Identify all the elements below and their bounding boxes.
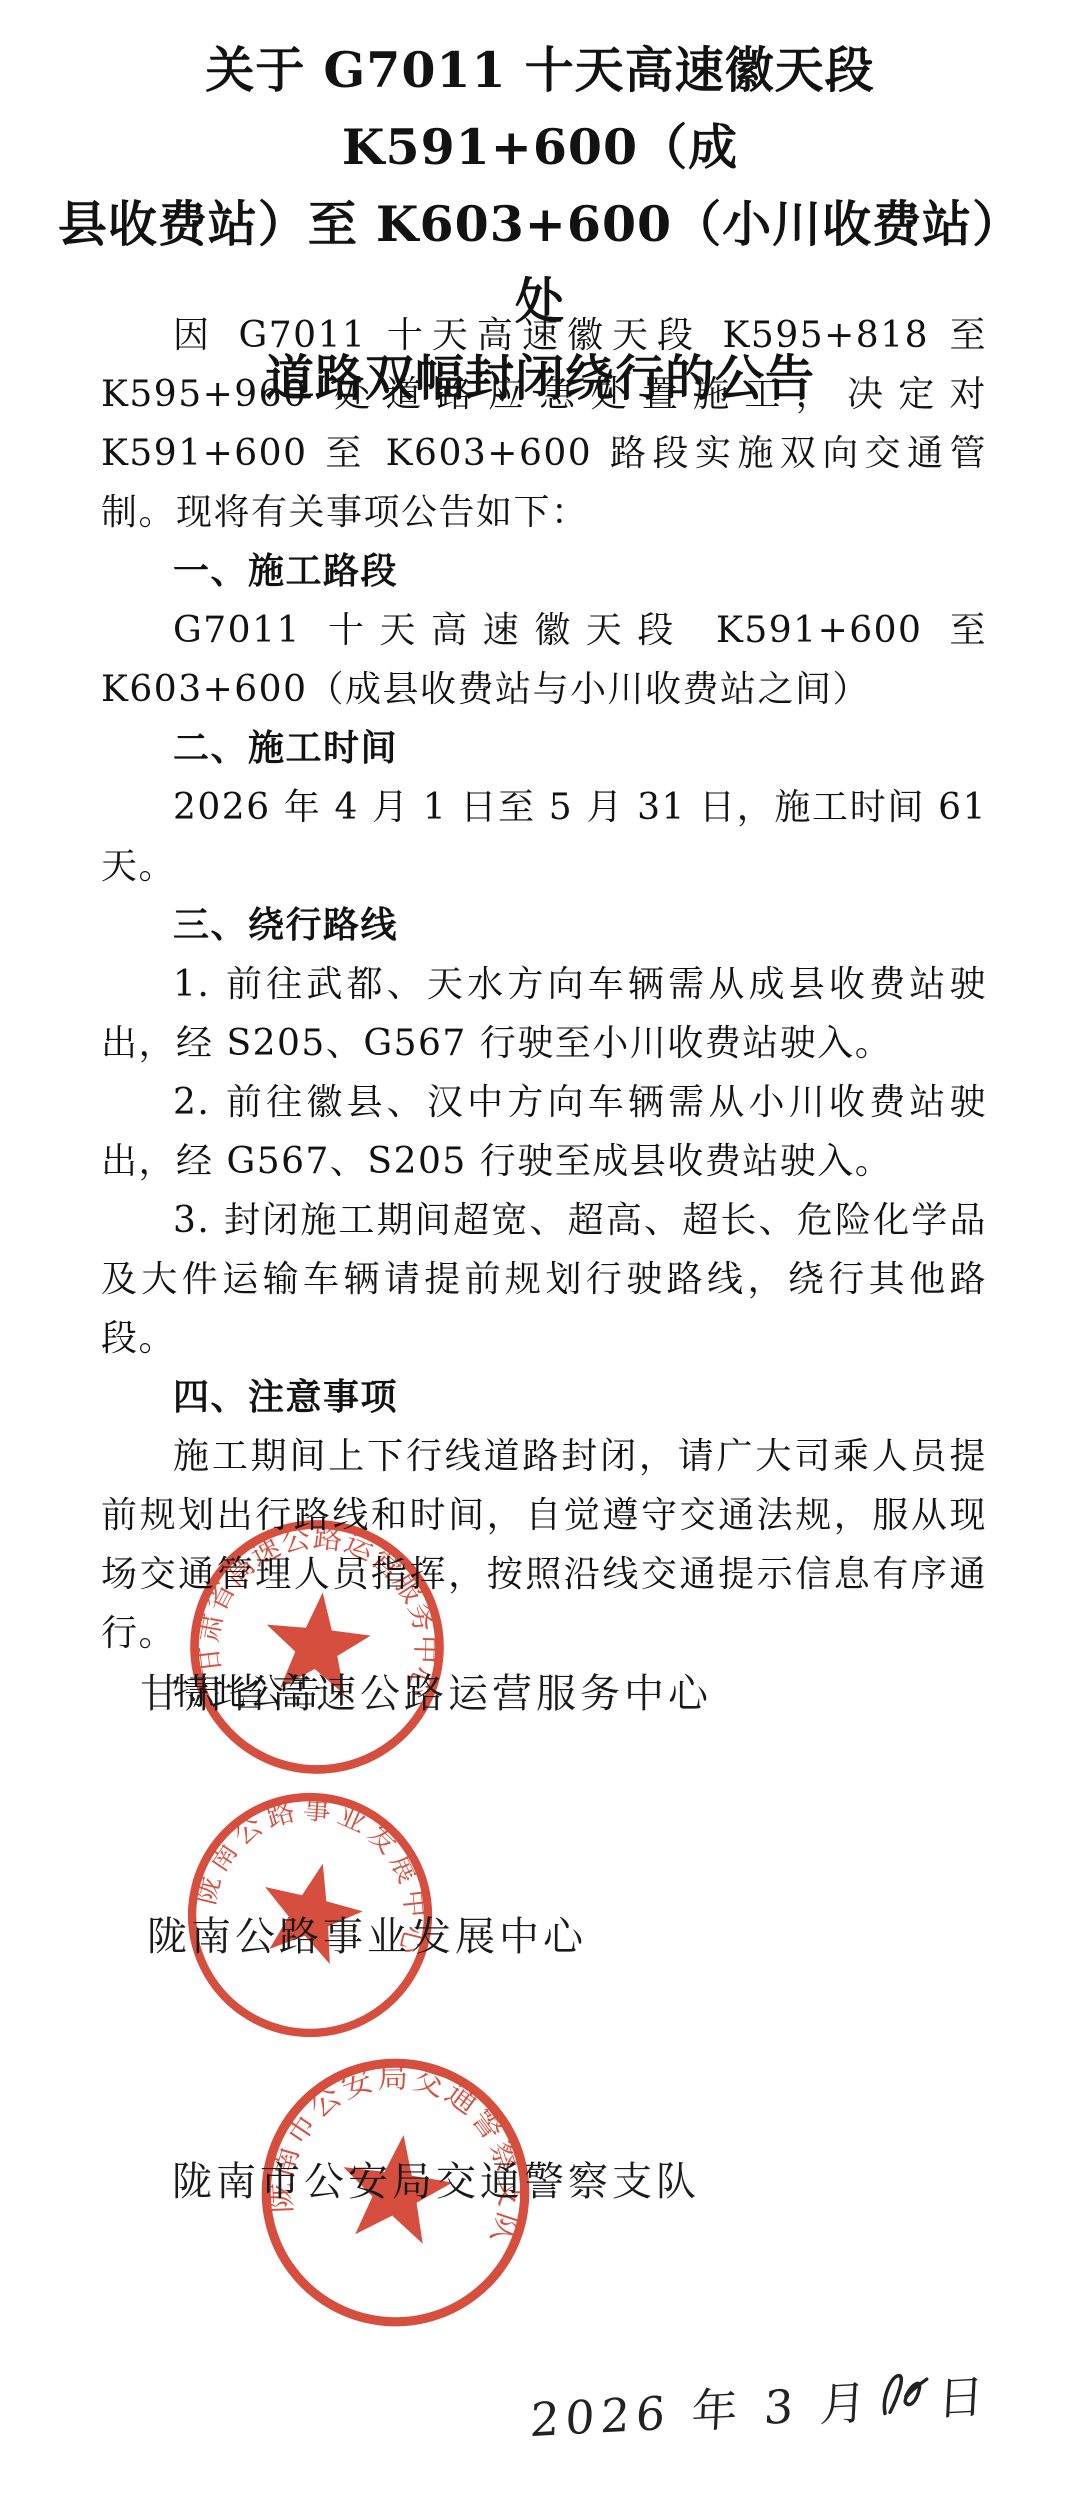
handwritten-day-scribble bbox=[874, 2364, 935, 2430]
signature-org-name-2: 陇南公路事业发展中心 bbox=[147, 1905, 587, 1962]
handwritten-date-suffix: 日 bbox=[936, 2360, 991, 2429]
paragraph-notes: 施工期间上下行线道路封闭，请广大司乘人员提前规划出行路线和时间，自觉遵守交通法规… bbox=[101, 1427, 987, 1663]
section-heading-2: 二、施工时间 bbox=[101, 719, 987, 778]
paragraph-detour-1: 1. 前往武都、天水方向车辆需从成县收费站驶出，经 S205、G567 行驶至小… bbox=[101, 955, 987, 1073]
paragraph-intro: 因 G7011 十天高速徽天段 K595+818 至 K595+960 处道路应… bbox=[101, 306, 987, 542]
paragraph-detour-2: 2. 前往徽县、汉中方向车辆需从小川收费站驶出，经 G567、S205 行驶至成… bbox=[101, 1073, 987, 1191]
signature-org-name-3: 陇南市公安局交通警察支队 bbox=[172, 2150, 700, 2207]
section-heading-3: 三、绕行路线 bbox=[101, 896, 987, 955]
paragraph-construction-time: 2026 年 4 月 1 日至 5 月 31 日，施工时间 61 天。 bbox=[101, 778, 987, 896]
handwritten-date-prefix: 2026 年 3 月 bbox=[529, 2366, 874, 2450]
section-heading-4: 四、注意事项 bbox=[101, 1368, 987, 1427]
signature-org-name-1: 甘肃省高速公路运营服务中心 bbox=[140, 1662, 712, 1719]
announcement-body: 因 G7011 十天高速徽天段 K595+818 至 K595+960 处道路应… bbox=[101, 306, 987, 1722]
section-heading-1: 一、施工路段 bbox=[101, 542, 987, 601]
handwritten-date: 2026 年 3 月 日 bbox=[529, 2360, 992, 2450]
title-line-1: 关于 G7011 十天高速徽天段 K591+600（成 bbox=[55, 32, 1025, 186]
paragraph-detour-3: 3. 封闭施工期间超宽、超高、超长、危险化学品及大件运输车辆请提前规划行驶路线，… bbox=[101, 1191, 987, 1368]
paragraph-construction-zone: G7011 十天高速徽天段 K591+600 至 K603+600（成县收费站与… bbox=[101, 601, 987, 719]
announcement-page: 关于 G7011 十天高速徽天段 K591+600（成 县收费站）至 K603+… bbox=[0, 0, 1080, 2515]
